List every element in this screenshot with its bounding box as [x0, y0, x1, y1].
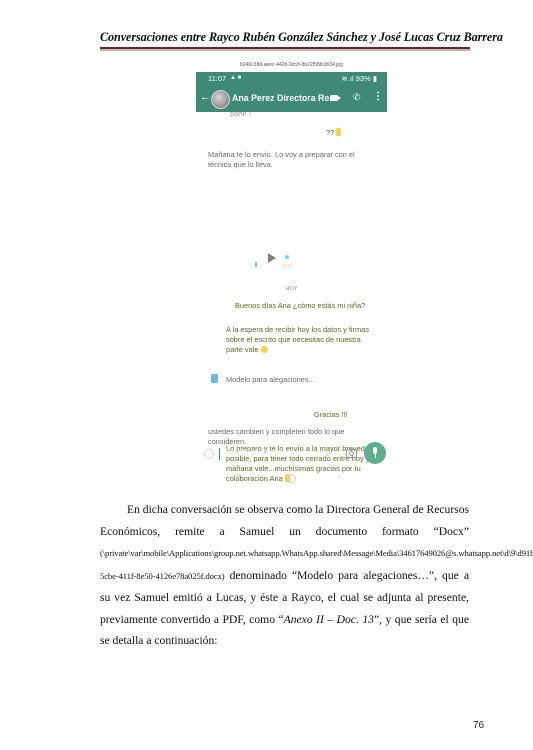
video-call-icon[interactable] — [330, 95, 338, 101]
contact-name[interactable]: Ana Perez Directora Re... — [232, 93, 337, 103]
back-arrow-icon[interactable]: ← — [200, 91, 211, 103]
battery-icon: ▮ — [373, 74, 377, 83]
body-paragraph: En dicha conversación se observa como la… — [100, 499, 469, 652]
page-number: 76 — [473, 720, 484, 731]
camera-icon[interactable] — [346, 449, 357, 458]
message-out: ?? — [326, 128, 341, 138]
audio-mic-icon — [255, 262, 257, 267]
whatsapp-screenshot: b246c28d-aeec-442b-9cb3-db22f5f9b3b34.jp… — [196, 60, 387, 490]
battery-level: 93% — [356, 74, 371, 83]
android-nav-bar: ||| ‹ — [196, 470, 387, 488]
paragraph: En dicha conversación se observa como la… — [100, 499, 469, 652]
header-rule-shadow — [100, 49, 470, 51]
header-title: Conversaciones entre Rayco Rubén Gonzále… — [100, 30, 470, 45]
chat-app-bar: ← Ana Perez Directora Re... ✆ ⋮ — [196, 86, 387, 112]
phone-call-icon[interactable]: ✆ — [353, 92, 361, 103]
paperclip-icon[interactable]: ⌀ — [326, 449, 331, 458]
message-in: parte ! — [230, 109, 251, 119]
paragraph-text: En dicha conversación se observa como la… — [100, 503, 469, 538]
more-options-icon[interactable]: ⋮ — [373, 91, 383, 102]
home-icon[interactable] — [287, 474, 296, 483]
notification-icons: ▲ ■ — [230, 75, 241, 81]
audio-progress-dot[interactable] — [285, 255, 289, 259]
message-input-bar: Escribe un mensaje ⌀ — [196, 442, 387, 468]
document-header: Conversaciones entre Rayco Rubén Gonzále… — [100, 30, 470, 51]
status-time: 11:07 — [208, 74, 226, 83]
phone-screen: 11:07 ▲ ■ ≋.ıl 93% ▮ ← Ana Perez Directo… — [196, 72, 387, 490]
ok-hand-emoji — [261, 346, 268, 353]
signal-icon: ≋.ıl — [342, 74, 354, 83]
chat-messages: parte ! ?? ····· Mañana te lo envío. Lo … — [196, 112, 387, 442]
document-attachment[interactable]: Modelo para alegaciones... — [226, 375, 315, 385]
message-out: Buenos días Ana ¿cómo estás mi niña? — [235, 301, 365, 311]
message-in: Mañana te lo envío. Lo voy a preparar co… — [208, 150, 378, 170]
mic-button[interactable] — [364, 442, 386, 464]
emoji-icon[interactable] — [204, 449, 214, 459]
message-text: A la espera de recibir hoy los datos y f… — [226, 325, 369, 354]
message-input[interactable]: Escribe un mensaje — [226, 449, 287, 456]
message-out: A la espera de recibir hoy los datos y f… — [226, 325, 376, 355]
text-cursor — [219, 448, 220, 460]
image-file-caption: b246c28d-aeec-442b-9cb3-db22f5f9b3b34.jp… — [196, 62, 387, 68]
date-chip: HOY — [196, 284, 387, 294]
audio-duration: 0:02 — [282, 262, 292, 272]
nav-back-icon[interactable]: ‹ — [338, 472, 341, 481]
play-icon[interactable] — [268, 253, 276, 263]
status-right: ≋.ıl 93% ▮ — [342, 74, 377, 83]
recent-apps-icon[interactable]: ||| — [236, 473, 239, 482]
status-bar: 11:07 ▲ ■ ≋.ıl 93% ▮ — [196, 72, 387, 86]
message-text: ?? — [326, 128, 334, 137]
contact-avatar[interactable] — [211, 90, 230, 109]
annex-reference: Anexo II – Doc. 13 — [284, 613, 374, 626]
praying-hands-emoji — [336, 128, 341, 136]
message-out: Gracias !!! — [314, 410, 348, 420]
timestamp-faint: ····· — [354, 131, 362, 141]
document-file-icon — [211, 374, 218, 383]
